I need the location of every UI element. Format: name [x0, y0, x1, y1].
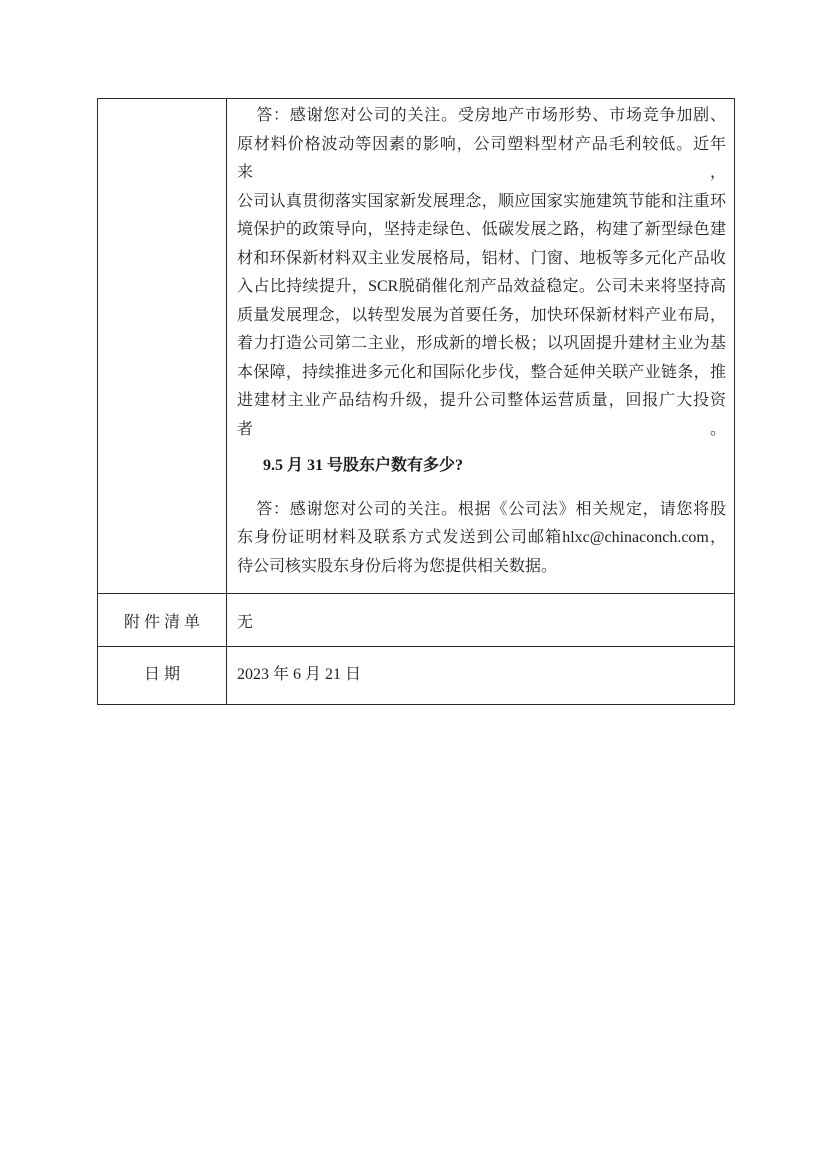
date-value-cell: 2023 年 6 月 21 日 [227, 647, 735, 705]
qa-reply-table: 答：感谢您对公司的关注。受房地产市场形势、市场竞争加剧、原材料价格波动等因素的影… [97, 98, 735, 705]
date-row: 日期 2023 年 6 月 21 日 [98, 647, 735, 705]
answer-9-line: 待公司核实股东身份后将为您提供相关数据。 [237, 553, 726, 582]
answer-8-line: 材和环保新材料双主业发展格局，铝材、门窗、地板等多元化产品收 [237, 245, 726, 274]
attachment-list-row: 附件清单 无 [98, 594, 735, 647]
attachment-list-value: 无 [237, 614, 253, 631]
qa-row-empty-label-cell [98, 99, 227, 594]
answer-8-line: 本保障，持续推进多元化和国际化步伐，整合延伸关联产业链条，推 [237, 359, 726, 388]
answer-9-line: 答：感谢您对公司的关注。根据《公司法》相关规定，请您将股 [237, 496, 726, 525]
answer-8-line: 入占比持续提升，SCR脱硝催化剂产品效益稳定。公司未来将坚持高 [237, 273, 726, 302]
qa-row-content-cell: 答：感谢您对公司的关注。受房地产市场形势、市场竞争加剧、原材料价格波动等因素的影… [227, 99, 735, 594]
answer-8-line: 境保护的政策导向，坚持走绿色、低碳发展之路，构建了新型绿色建 [237, 216, 726, 245]
answer-8-paragraph: 答：感谢您对公司的关注。受房地产市场形势、市场竞争加剧、原材料价格波动等因素的影… [237, 102, 726, 444]
answer-8-line: 答：感谢您对公司的关注。受房地产市场形势、市场竞争加剧、 [237, 102, 726, 131]
question-9-heading: 9.5 月 31 号股东户数有多少? [237, 452, 726, 481]
attachment-list-label: 附件清单 [124, 614, 204, 631]
answer-9-line: 东身份证明材料及联系方式发送到公司邮箱hlxc@chinaconch.com， [237, 524, 726, 553]
date-value: 2023 年 6 月 21 日 [237, 666, 361, 683]
attachment-list-label-cell: 附件清单 [98, 594, 227, 647]
answer-8-line: 质量发展理念，以转型发展为首要任务，加快环保新材料产业布局， [237, 302, 726, 331]
date-label: 日期 [144, 666, 184, 683]
document-page: 答：感谢您对公司的关注。受房地产市场形势、市场竞争加剧、原材料价格波动等因素的影… [0, 0, 827, 1169]
answer-9-paragraph: 答：感谢您对公司的关注。根据《公司法》相关规定，请您将股东身份证明材料及联系方式… [237, 496, 726, 582]
attachment-list-value-cell: 无 [227, 594, 735, 647]
date-label-cell: 日期 [98, 647, 227, 705]
answer-8-line: 公司认真贯彻落实国家新发展理念，顺应国家实施建筑节能和注重环 [237, 188, 726, 217]
answer-8-line: 进建材主业产品结构升级，提升公司整体运营质量，回报广大投资者。 [237, 387, 726, 444]
answer-8-line: 着力打造公司第二主业，形成新的增长极；以巩固提升建材主业为基 [237, 330, 726, 359]
answer-8-line: 原材料价格波动等因素的影响，公司塑料型材产品毛利较低。近年来， [237, 131, 726, 188]
qa-content-row: 答：感谢您对公司的关注。受房地产市场形势、市场竞争加剧、原材料价格波动等因素的影… [98, 99, 735, 594]
